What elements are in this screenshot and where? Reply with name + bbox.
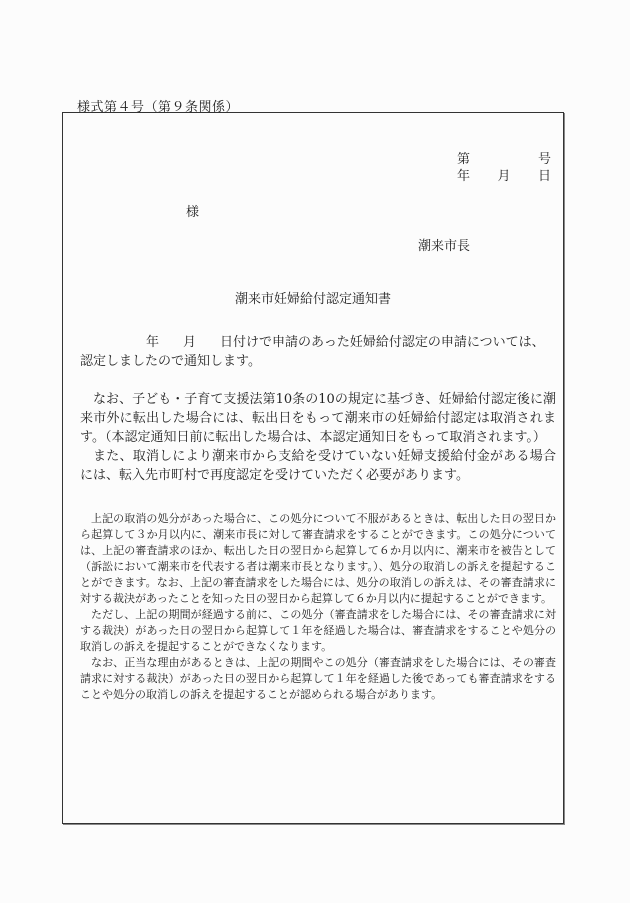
recipient-suffix: 様 bbox=[186, 201, 199, 220]
appeal-notice: 上記の取消の処分があった場合に、この処分について不服があるときは、転出した日の翌… bbox=[80, 511, 556, 703]
date-month: 月 bbox=[497, 165, 510, 184]
intro-line1: 日付けで申請のあった妊婦給付認定の申請については、 bbox=[220, 335, 545, 350]
notice-paragraph-limit: ただし、上記の期間が経過する前に、この処分（審査請求をした場合には、その審査請求… bbox=[80, 607, 556, 655]
issue-date: 年 月 日 bbox=[457, 165, 551, 184]
paragraph-reapply: また、取消しにより潮来市から支給を受けていない妊婦支援給付金がある場合には、転入… bbox=[80, 447, 556, 485]
intro-year: 年 bbox=[146, 335, 159, 350]
notice-paragraph-exception: なお、正当な理由があるときは、上記の期間やこの処分（審査請求をした場合には、その… bbox=[80, 655, 556, 703]
intro-month: 月 bbox=[183, 335, 196, 350]
intro-line2: 認定しましたので通知します。 bbox=[80, 352, 556, 371]
paragraph-transfer: なお、子ども・子育て支援法第10条の10の規定に基づき、妊婦給付認定後に潮来市外… bbox=[80, 390, 556, 447]
date-day: 日 bbox=[538, 165, 551, 184]
intro-paragraph: 年月日付けで申請のあった妊婦給付認定の申請については、 認定しましたので通知しま… bbox=[80, 333, 556, 371]
notice-paragraph-appeal: 上記の取消の処分があった場合に、この処分について不服があるときは、転出した日の翌… bbox=[80, 511, 556, 607]
main-paragraphs: なお、子ども・子育て支援法第10条の10の規定に基づき、妊婦給付認定後に潮来市外… bbox=[80, 390, 556, 485]
issuer-name: 潮来市長 bbox=[418, 235, 470, 254]
document-title: 潮来市妊婦給付認定通知書 bbox=[235, 288, 391, 307]
date-year: 年 bbox=[457, 165, 470, 184]
